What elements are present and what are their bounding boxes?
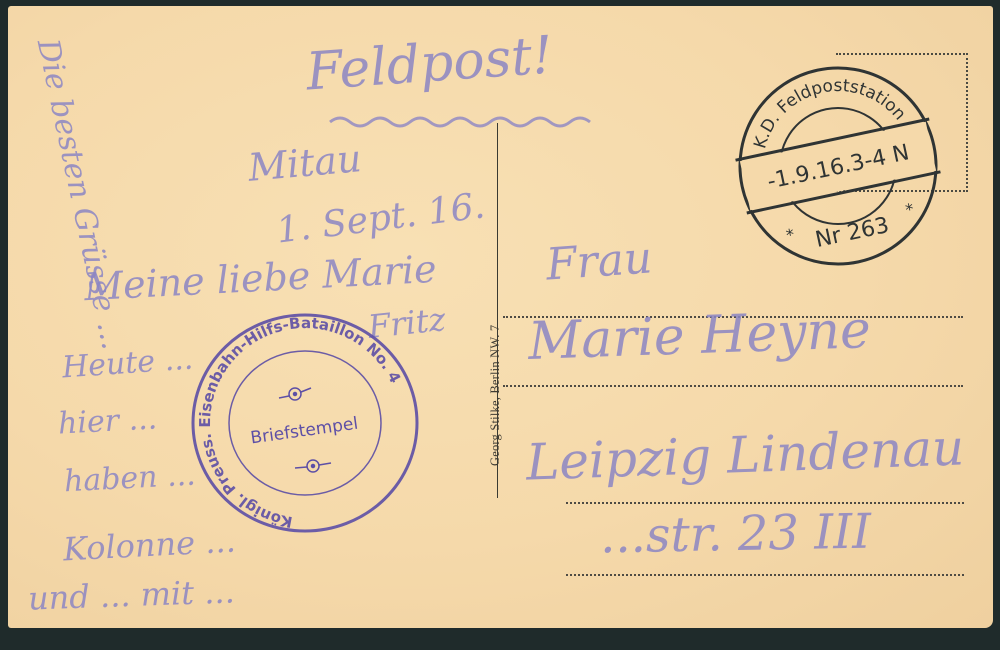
- postmark-number: Nr 263: [813, 213, 891, 253]
- address-line: [566, 502, 964, 504]
- place-text: Mitau: [246, 136, 363, 190]
- margin-note: Die besten Grüsse ...: [30, 36, 130, 353]
- message-line: Meine liebe Marie: [83, 247, 437, 309]
- wavy-underline: [330, 114, 590, 130]
- address-line-4: ...str. 23 III: [600, 504, 872, 565]
- svg-text:*: *: [784, 225, 796, 245]
- publisher-imprint: Georg Stilke, Berlin NW. 7: [488, 325, 503, 466]
- message-line: und ... mit ...: [27, 572, 235, 617]
- postcard: Feldpost! Mitau 1. Sept. 16. Meine liebe…: [8, 6, 993, 628]
- unit-cachet: Königl. Preuss. Eisenbahn-Hilfs-Bataillo…: [183, 306, 428, 541]
- message-line: Heute ...: [61, 341, 194, 385]
- address-line: [566, 574, 964, 576]
- cachet-center-text: Briefstempel: [249, 414, 359, 449]
- address-line-1: Frau: [544, 232, 653, 290]
- address-line-3: Leipzig Lindenau: [525, 418, 965, 491]
- postmark-stamp: K.D. Feldpoststation -1.9.16.3-4 N Nr 26…: [733, 61, 943, 271]
- message-line: hier ...: [57, 401, 158, 441]
- message-line: haben ...: [63, 458, 196, 500]
- date-text: 1. Sept. 16.: [274, 185, 487, 251]
- feldpost-header: Feldpost!: [304, 25, 555, 102]
- address-line: [503, 385, 963, 387]
- address-line-2: Marie Heyne: [527, 300, 872, 372]
- svg-text:*: *: [904, 199, 916, 219]
